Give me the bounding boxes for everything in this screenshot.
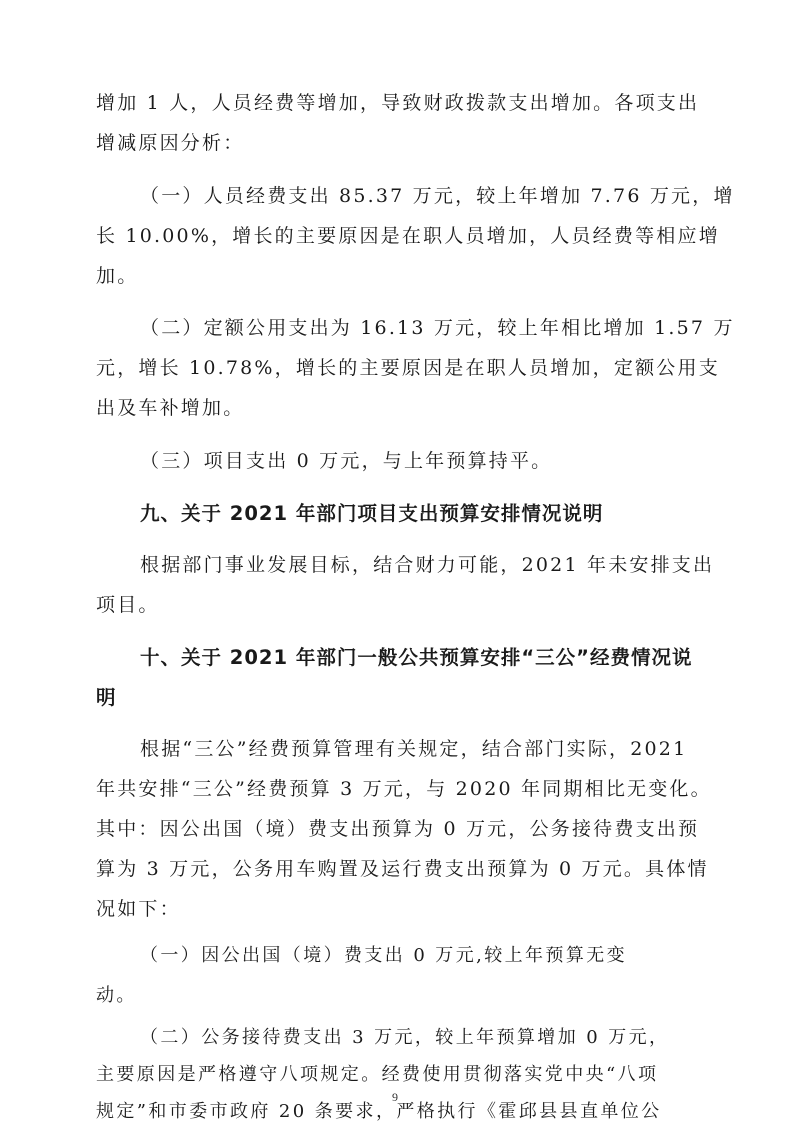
paragraph-line: （二）定额公用支出为 16.13 万元，较上年相比增加 1.57 万 — [140, 313, 735, 340]
paragraph-line: 长 10.00%，增长的主要原因是在职人员增加，人员经费等相应增 — [96, 221, 720, 248]
paragraph-line: 算为 3 万元，公务用车购置及运行费支出预算为 0 万元。具体情 — [96, 854, 709, 881]
paragraph-line: （三）项目支出 0 万元，与上年预算持平。 — [140, 446, 552, 473]
paragraph-line: 动。 — [96, 981, 137, 1007]
paragraph-line: 出及车补增加。 — [96, 393, 244, 420]
section-heading: 十、关于 2021 年部门一般公共预算安排“三公”经费情况说 — [140, 642, 692, 670]
paragraph-line: 况如下： — [96, 894, 181, 921]
section-heading: 九、关于 2021 年部门项目支出预算安排情况说明 — [140, 498, 603, 526]
paragraph-line: 根据“三公”经费预算管理有关规定，结合部门实际，2021 — [140, 734, 687, 761]
paragraph-line: 项目。 — [96, 590, 160, 617]
paragraph-line: （二）公务接待费支出 3 万元，较上年预算增加 0 万元， — [140, 1023, 669, 1049]
paragraph-line: 增加 1 人，人员经费等增加，导致财政拨款支出增加。各项支出 — [96, 88, 699, 115]
paragraph-line: （一）人员经费支出 85.37 万元，较上年增加 7.76 万元，增 — [140, 181, 735, 208]
section-heading: 明 — [96, 682, 117, 710]
paragraph-line: 增减原因分析： — [96, 128, 244, 155]
paragraph-line: 加。 — [96, 261, 138, 288]
page-number: 9 — [392, 1090, 398, 1105]
paragraph-line: 其中：因公出国（境）费支出预算为 0 万元，公务接待费支出预 — [96, 814, 699, 841]
paragraph-line: 年共安排“三公”经费预算 3 万元，与 2020 年同期相比无变化。 — [96, 774, 712, 801]
paragraph-line: （一）因公出国（境）费支出 0 万元,较上年预算无变 — [140, 941, 627, 967]
paragraph-line: 根据部门事业发展目标，结合财力可能，2021 年未安排支出 — [140, 550, 714, 577]
paragraph-line: 规定”和市委市政府 20 条要求，严格执行《霍邱县县直单位公 — [96, 1097, 662, 1122]
paragraph-line: 元，增长 10.78%，增长的主要原因是在职人员增加，定额公用支 — [96, 353, 720, 380]
paragraph-line: 主要原因是严格遵守八项规定。经费使用贯彻落实党中央“八项 — [96, 1060, 658, 1086]
